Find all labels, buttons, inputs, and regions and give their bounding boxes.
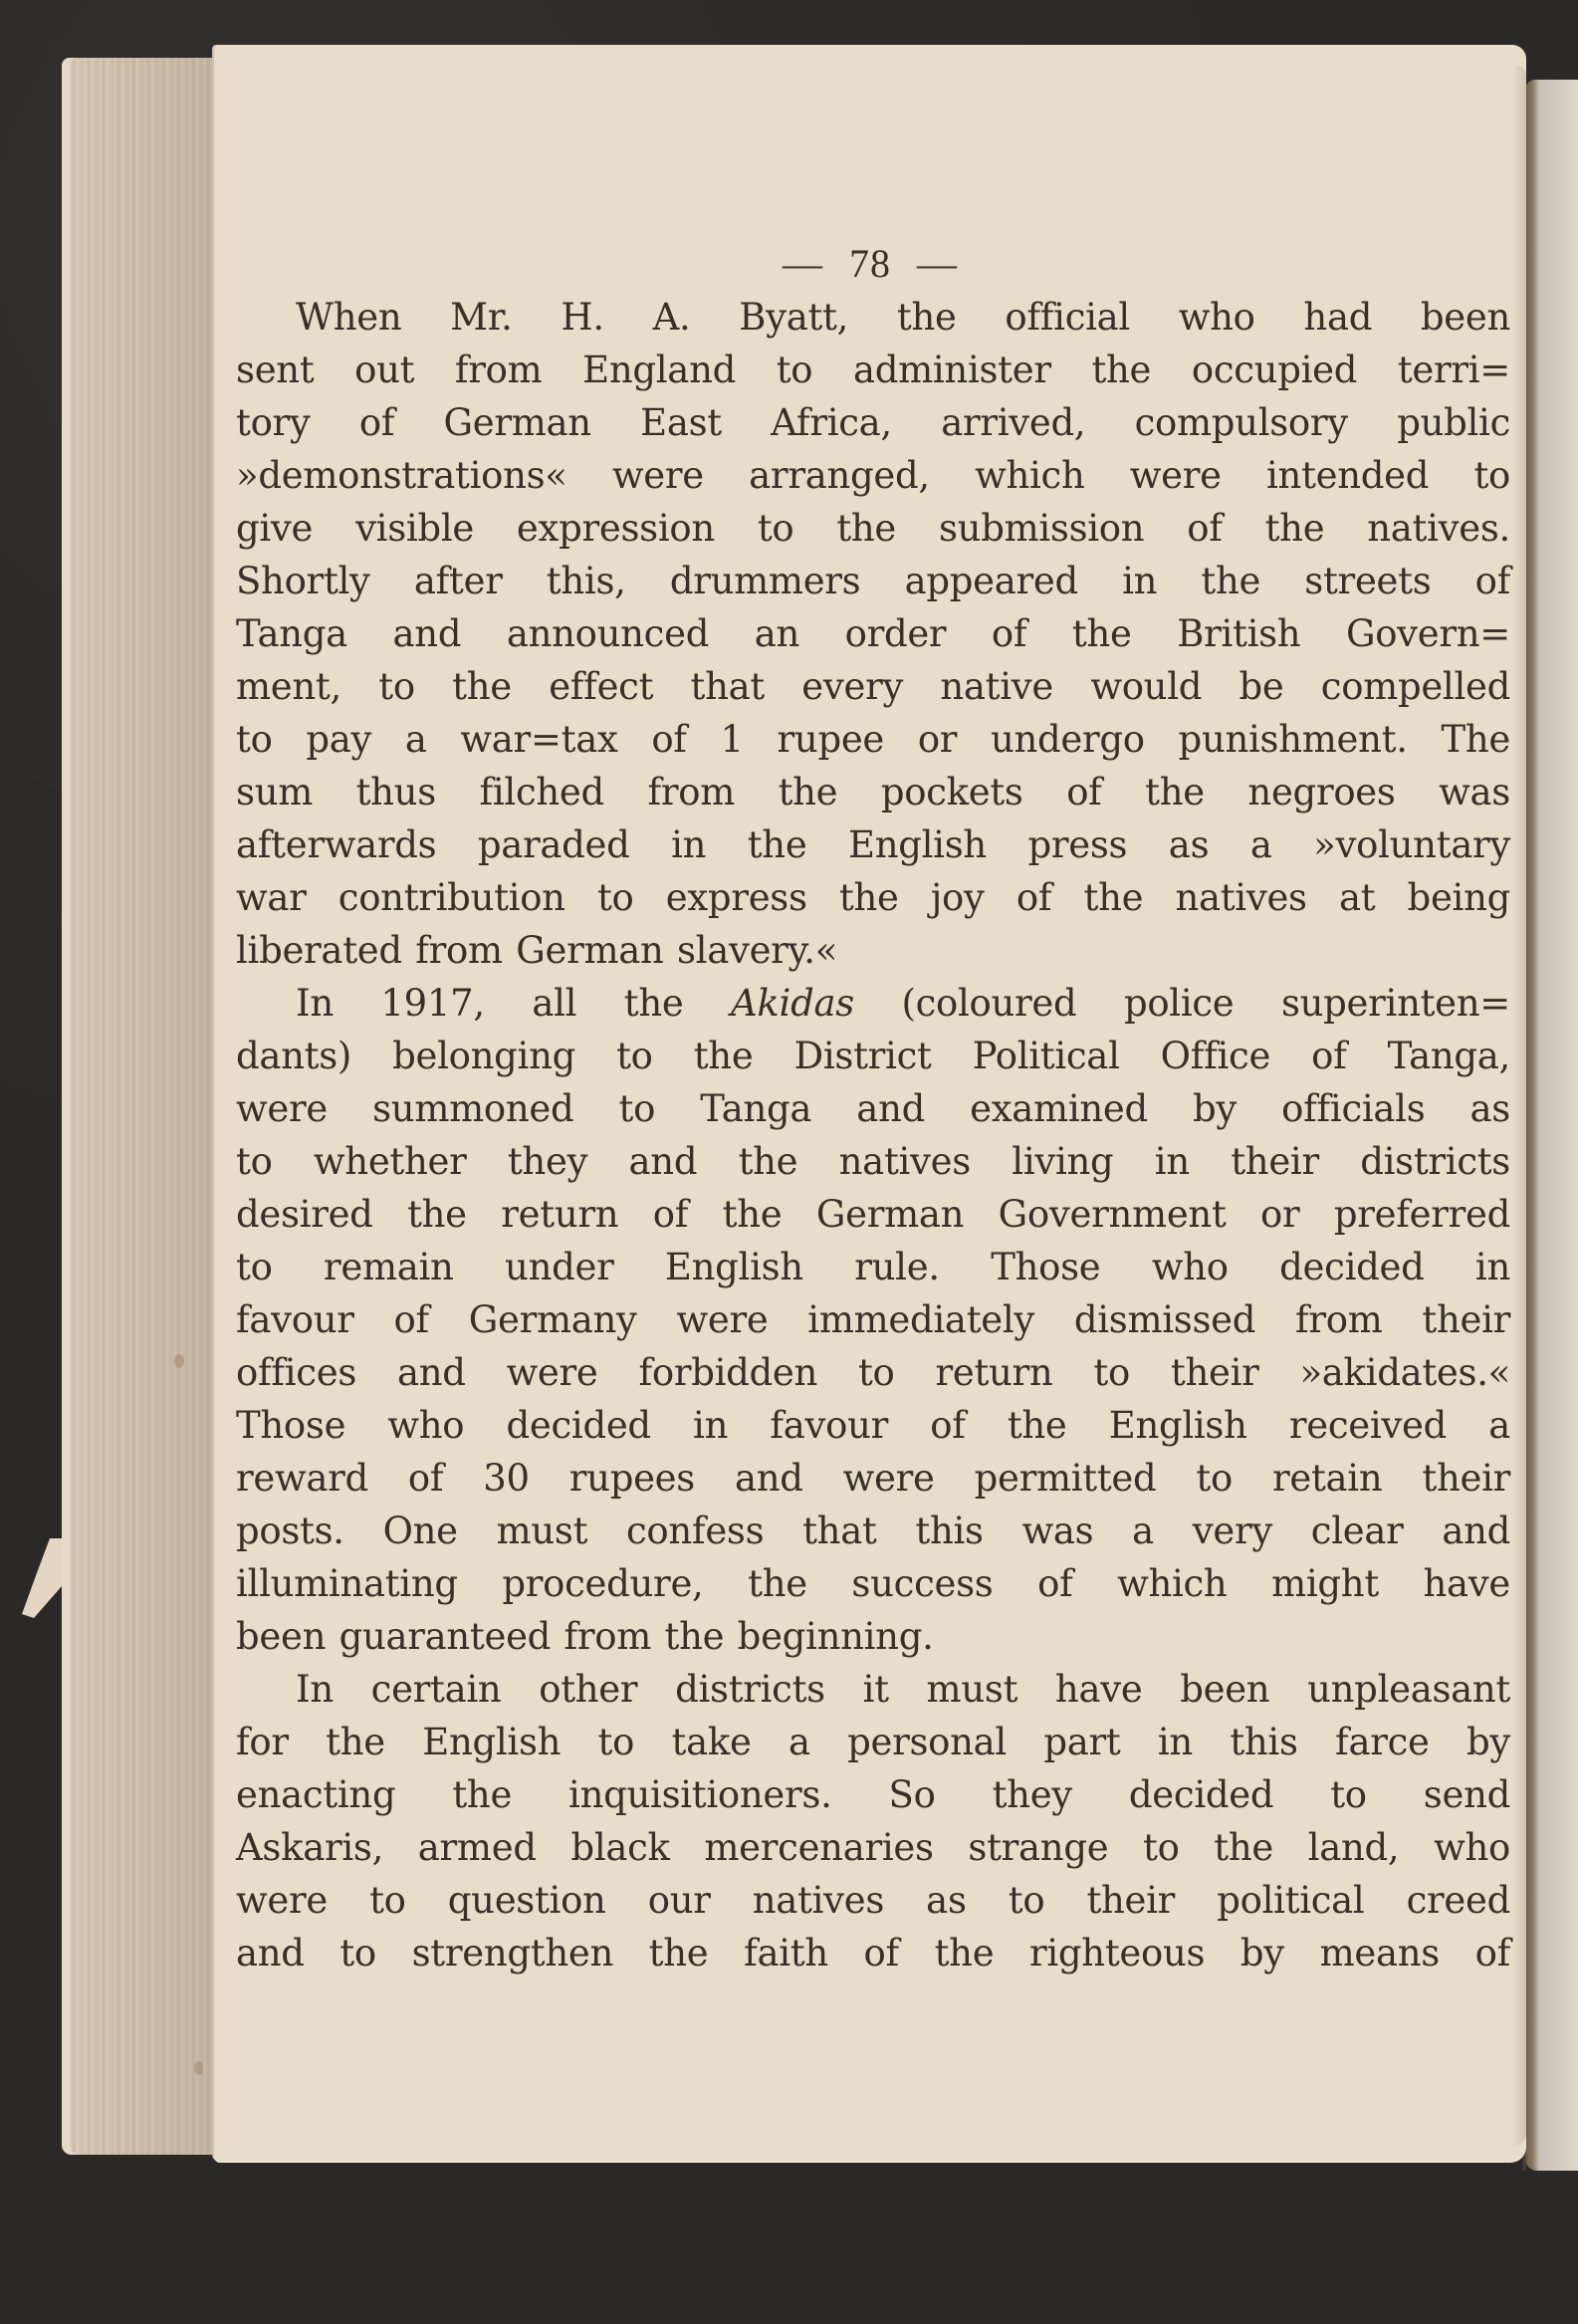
text-line: to pay a war=tax of 1 rupee or undergo p… <box>236 713 1510 766</box>
text-line: enacting the inquisitioners. So they dec… <box>236 1768 1510 1821</box>
text-line: When Mr. H. A. Byatt, the official who h… <box>236 291 1510 344</box>
paper-stain <box>174 1354 184 1368</box>
text-line: and to strengthen the faith of the right… <box>236 1927 1510 1979</box>
text-line: been guaranteed from the beginning. <box>236 1610 1510 1663</box>
text-line: give visible expression to the submissio… <box>236 502 1510 555</box>
text-line: illuminating procedure, the success of w… <box>236 1557 1510 1610</box>
text-line: Askaris, armed black mercenaries strange… <box>236 1821 1510 1874</box>
paper-stain <box>194 2061 203 2075</box>
text-line: desired the return of the German Governm… <box>236 1188 1510 1241</box>
italic-term: Akidas <box>731 982 854 1025</box>
text-line: Shortly after this, drummers appeared in… <box>236 555 1510 607</box>
body-text: When Mr. H. A. Byatt, the official who h… <box>236 291 1510 1979</box>
text-line: Tanga and announced an order of the Brit… <box>236 607 1510 660</box>
text-line: were to question our natives as to their… <box>236 1874 1510 1927</box>
text-line: posts. One must confess that this was a … <box>236 1505 1510 1557</box>
text-line: liberated from German slavery.« <box>236 924 1510 977</box>
text-line: Those who decided in favour of the Engli… <box>236 1399 1510 1452</box>
paragraph: When Mr. H. A. Byatt, the official who h… <box>236 291 1510 977</box>
header-dash-left: — <box>783 241 823 286</box>
text-line: sum thus filched from the pockets of the… <box>236 766 1510 818</box>
text-line: In certain other districts it must have … <box>236 1663 1510 1716</box>
paragraph: In 1917, all the Akidas (coloured police… <box>236 977 1510 1663</box>
text-line: In 1917, all the Akidas (coloured police… <box>236 977 1510 1030</box>
text-line: dants) belonging to the District Politic… <box>236 1030 1510 1082</box>
text-line: tory of German East Africa, arrived, com… <box>236 396 1510 449</box>
book-page-edges <box>62 58 221 2155</box>
page-number: 78 <box>849 241 891 286</box>
text-line: ment, to the effect that every native wo… <box>236 660 1510 713</box>
facing-page-edge <box>1525 80 1578 2171</box>
text-line: »demonstrations« were arranged, which we… <box>236 449 1510 502</box>
text-line: offices and were forbidden to return to … <box>236 1346 1510 1399</box>
page-header: —78— <box>214 240 1526 287</box>
text-line: to remain under English rule. Those who … <box>236 1241 1510 1293</box>
paragraph: In certain other districts it must have … <box>236 1663 1510 1979</box>
text-line: for the English to take a personal part … <box>236 1716 1510 1768</box>
text-fragment: In 1917, all the <box>296 982 731 1025</box>
text-line: favour of Germany were immediately dismi… <box>236 1293 1510 1346</box>
text-line: were summoned to Tanga and examined by o… <box>236 1082 1510 1135</box>
text-fragment: (coloured police superinten= <box>854 982 1510 1025</box>
text-line: afterwards paraded in the English press … <box>236 818 1510 871</box>
header-dash-right: — <box>917 241 958 286</box>
text-line: sent out from England to administer the … <box>236 344 1510 396</box>
text-line: war contribution to express the joy of t… <box>236 871 1510 924</box>
text-line: reward of 30 rupees and were permitted t… <box>236 1452 1510 1505</box>
text-line: to whether they and the natives living i… <box>236 1135 1510 1188</box>
